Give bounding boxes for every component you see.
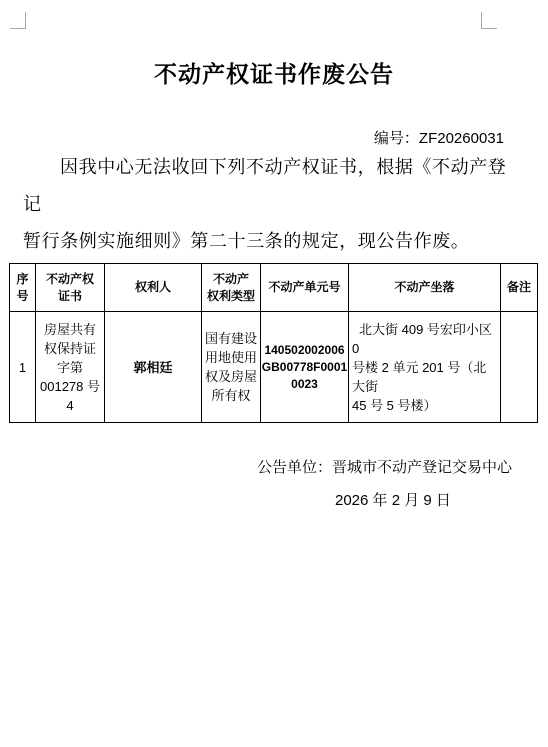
margin-corner-mark-left	[10, 12, 26, 29]
col-header-location: 不动产坐落	[349, 264, 501, 312]
certificates-table: 序 号 不动产权 证书 权利人 不动产 权利类型 不动产单元号 不动产坐落 备注…	[9, 263, 538, 423]
body-paragraph: 因我中心无法收回下列不动产权证书，根据《不动产登记 暂行条例实施细则》第二十三条…	[23, 149, 513, 260]
col-header-remark: 备注	[501, 264, 538, 312]
col-header-unit-number: 不动产单元号	[261, 264, 349, 312]
page-title: 不动产权证书作废公告	[0, 56, 548, 89]
col-header-right-type: 不动产 权利类型	[202, 264, 261, 312]
cell-seq: 1	[10, 312, 36, 423]
date-line: 2026 年 2 月 9 日	[335, 489, 451, 510]
cell-certificate: 房屋共有 权保持证 字第 001278 号 4	[36, 312, 105, 423]
table-row: 1 房屋共有 权保持证 字第 001278 号 4 郭相廷 国有建设 用地使用 …	[10, 312, 538, 423]
col-header-seq: 序 号	[10, 264, 36, 312]
doc-number: 编号：ZF20260031	[374, 127, 504, 148]
cell-holder: 郭相廷	[105, 312, 202, 423]
issuer-line: 公告单位：晋城市不动产登记交易中心	[257, 456, 512, 477]
cell-remark	[501, 312, 538, 423]
col-header-certificate: 不动产权 证书	[36, 264, 105, 312]
margin-corner-mark-right	[481, 12, 497, 29]
cell-location: 北大街 409 号宏印小区 0 号楼 2 单元 201 号（北大街 45 号 5…	[349, 312, 501, 423]
col-header-holder: 权利人	[105, 264, 202, 312]
table-header-row: 序 号 不动产权 证书 权利人 不动产 权利类型 不动产单元号 不动产坐落 备注	[10, 264, 538, 312]
cell-right-type: 国有建设 用地使用 权及房屋 所有权	[202, 312, 261, 423]
document-page: 不动产权证书作废公告 编号：ZF20260031 因我中心无法收回下列不动产权证…	[0, 0, 548, 747]
cell-unit-number: 140502002006 GB00778F0001 0023	[261, 312, 349, 423]
